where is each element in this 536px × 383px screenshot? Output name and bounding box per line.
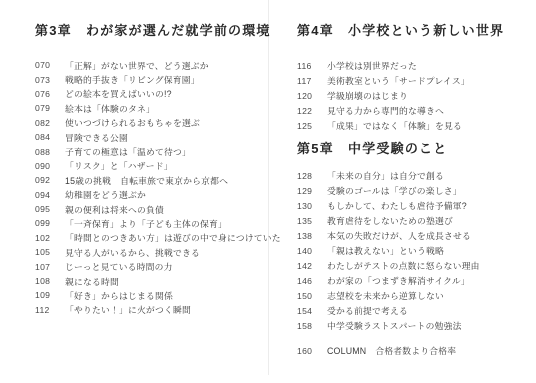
left-page: 第3章 わが家が選んだ就学前の環境 070 「正解」がない世界で、どう選ぶか 0… <box>35 24 261 317</box>
toc-entry: 109 「好き」からはじまる関係 <box>35 288 261 302</box>
toc-entry: 099 「一斉保育」より「子ども主体の保育」 <box>35 216 261 230</box>
toc-entry-title: 15歳の挑戦 自転車旅で東京から京都へ <box>65 174 228 187</box>
column-entry: 160 COLUMN 合格者数より合格率 <box>297 343 525 358</box>
toc-entry: 107 じーっと見ている時間の力 <box>35 259 261 273</box>
toc-entry-title: 「好き」からはじまる関係 <box>65 289 173 302</box>
toc-page-number: 073 <box>35 75 65 85</box>
toc-entry-title: 受験のゴールは「学びの楽しさ」 <box>327 184 462 197</box>
page-gutter-divider <box>268 0 269 375</box>
chapter5-heading: 第5章 中学受験のこと <box>297 142 525 156</box>
toc-entry: 094 幼稚園をどう選ぶか <box>35 188 261 202</box>
toc-entry: 135 教育虐待をしないための塾選び <box>297 213 525 228</box>
toc-page-number: 117 <box>297 76 327 86</box>
toc-page-number: 070 <box>35 60 65 70</box>
chapter3-entry-list: 070 「正解」がない世界で、どう選ぶか 073 戦略的手抜き「リビング保育園」… <box>35 58 261 317</box>
toc-entry-title: 絵本は「体験のタネ」 <box>65 102 155 115</box>
toc-entry-title: 美術教室という「サードプレイス」 <box>327 74 470 87</box>
toc-entry: 102 「時間とのつきあい方」は遊びの中で身につけていた <box>35 231 261 245</box>
toc-page-number: 128 <box>297 171 327 181</box>
toc-page-number: 090 <box>35 161 65 171</box>
toc-entry: 154 受かる前提で考える <box>297 303 525 318</box>
toc-entry-title: 見守る力から専門的な導きへ <box>327 104 444 117</box>
toc-entry-title: COLUMN 合格者数より合格率 <box>327 344 456 357</box>
toc-entry: 120 学級崩壊のはじまり <box>297 88 525 103</box>
toc-entry: 079 絵本は「体験のタネ」 <box>35 101 261 115</box>
toc-page-number: 105 <box>35 247 65 257</box>
toc-page-number: 150 <box>297 291 327 301</box>
toc-entry: 129 受験のゴールは「学びの楽しさ」 <box>297 183 525 198</box>
right-page: 第4章 小学校という新しい世界 116 小学校は別世界だった 117 美術教室と… <box>297 24 525 358</box>
toc-entry-title: 小学校は別世界だった <box>327 59 417 72</box>
toc-page-number: 108 <box>35 276 65 286</box>
toc-entry-title: もしかして、わたしも虐待予備軍? <box>327 199 467 212</box>
toc-entry: 073 戦略的手抜き「リビング保育園」 <box>35 72 261 86</box>
toc-entry-title: 「リスク」と「ハザード」 <box>65 159 173 172</box>
toc-page-number: 109 <box>35 290 65 300</box>
toc-entry: 105 見守る人がいるから、挑戦できる <box>35 245 261 259</box>
toc-entry-title: 冒険できる公園 <box>65 131 128 144</box>
toc-entry-title: 戦略的手抜き「リビング保育園」 <box>65 73 200 86</box>
toc-entry-title: 学級崩壊のはじまり <box>327 89 408 102</box>
toc-page-number: 158 <box>297 321 327 331</box>
toc-entry-title: 受かる前提で考える <box>327 304 408 317</box>
toc-entry-title: 「一斉保育」より「子ども主体の保育」 <box>65 217 227 230</box>
toc-entry-title: 志望校を未来から逆算しない <box>327 289 444 302</box>
toc-entry: 090 「リスク」と「ハザード」 <box>35 159 261 173</box>
toc-page-number: 095 <box>35 204 65 214</box>
toc-entry: 146 わが家の「つまずき解消サイクル」 <box>297 273 525 288</box>
toc-page-number: 094 <box>35 190 65 200</box>
chapter4-entry-list: 116 小学校は別世界だった 117 美術教室という「サードプレイス」 120 … <box>297 58 525 133</box>
toc-entry: 158 中学受験ラストスパートの勉強法 <box>297 318 525 333</box>
toc-entry: 125 「成果」ではなく「体験」を見る <box>297 118 525 133</box>
toc-entry: 117 美術教室という「サードプレイス」 <box>297 73 525 88</box>
toc-page-number: 129 <box>297 186 327 196</box>
toc-page-number: 122 <box>297 106 327 116</box>
toc-entry: 140 「親は教えない」という戦略 <box>297 243 525 258</box>
toc-entry-title: 見守る人がいるから、挑戦できる <box>65 246 200 259</box>
toc-page-number: 088 <box>35 147 65 157</box>
toc-entry-title: 親になる時間 <box>65 275 119 288</box>
toc-entry: 142 わたしがテストの点数に怒らない理由 <box>297 258 525 273</box>
toc-entry-title: 「成果」ではなく「体験」を見る <box>327 119 462 132</box>
toc-page-number: 154 <box>297 306 327 316</box>
toc-entry-title: 「やりたい！」に火がつく瞬間 <box>65 303 191 316</box>
toc-entry-title: 「時間とのつきあい方」は遊びの中で身につけていた <box>65 231 281 244</box>
toc-page-number: 079 <box>35 103 65 113</box>
toc-page-number: 135 <box>297 216 327 226</box>
toc-page-number: 116 <box>297 61 327 71</box>
toc-page-number: 076 <box>35 89 65 99</box>
toc-page-number: 092 <box>35 175 65 185</box>
toc-entry: 070 「正解」がない世界で、どう選ぶか <box>35 58 261 72</box>
toc-entry: 088 子育ての極意は「温めて待つ」 <box>35 144 261 158</box>
toc-page-number: 140 <box>297 246 327 256</box>
chapter3-heading: 第3章 わが家が選んだ就学前の環境 <box>35 24 261 38</box>
toc-page-number: 084 <box>35 132 65 142</box>
toc-entry-title: 「正解」がない世界で、どう選ぶか <box>65 59 209 72</box>
toc-page-number: 138 <box>297 231 327 241</box>
toc-entry-title: 教育虐待をしないための塾選び <box>327 214 453 227</box>
toc-entry-title: 幼稚園をどう選ぶか <box>65 188 146 201</box>
toc-page-number: 099 <box>35 218 65 228</box>
toc-entry: 138 本気の失敗だけが、人を成長させる <box>297 228 525 243</box>
toc-entry: 112 「やりたい！」に火がつく瞬間 <box>35 303 261 317</box>
toc-entry: 122 見守る力から専門的な導きへ <box>297 103 525 118</box>
toc-entry: 095 親の便利は将来への負債 <box>35 202 261 216</box>
toc-page-number: 107 <box>35 262 65 272</box>
toc-entry: 108 親になる時間 <box>35 274 261 288</box>
toc-entry: 082 使いつづけられるおもちゃを選ぶ <box>35 116 261 130</box>
toc-entry-title: どの絵本を買えばいいの!? <box>65 87 172 100</box>
toc-page-number: 125 <box>297 121 327 131</box>
toc-page-number: 130 <box>297 201 327 211</box>
chapter5-entry-list: 128 「未来の自分」は自分で創る 129 受験のゴールは「学びの楽しさ」 13… <box>297 168 525 333</box>
toc-entry-title: 親の便利は将来への負債 <box>65 203 164 216</box>
toc-entry: 084 冒険できる公園 <box>35 130 261 144</box>
toc-entry: 116 小学校は別世界だった <box>297 58 525 73</box>
toc-entry-title: 中学受験ラストスパートの勉強法 <box>327 319 462 332</box>
toc-page-number: 160 <box>297 346 327 356</box>
toc-page-number: 112 <box>35 305 65 315</box>
toc-page-number: 102 <box>35 233 65 243</box>
toc-entry: 150 志望校を未来から逆算しない <box>297 288 525 303</box>
toc-entry-title: わが家の「つまずき解消サイクル」 <box>327 274 470 287</box>
chapter4-heading: 第4章 小学校という新しい世界 <box>297 24 525 38</box>
toc-entry-title: わたしがテストの点数に怒らない理由 <box>327 259 480 272</box>
toc-page-number: 120 <box>297 91 327 101</box>
toc-entry-title: 使いつづけられるおもちゃを選ぶ <box>65 116 200 129</box>
toc-entry: 130 もしかして、わたしも虐待予備軍? <box>297 198 525 213</box>
toc-entry-title: じーっと見ている時間の力 <box>65 260 173 273</box>
toc-page-number: 082 <box>35 118 65 128</box>
toc-page-number: 146 <box>297 276 327 286</box>
toc-entry: 076 どの絵本を買えばいいの!? <box>35 87 261 101</box>
toc-entry-title: 「親は教えない」という戦略 <box>327 244 444 257</box>
toc-entry: 092 15歳の挑戦 自転車旅で東京から京都へ <box>35 173 261 187</box>
toc-page-number: 142 <box>297 261 327 271</box>
book-spread: 第3章 わが家が選んだ就学前の環境 070 「正解」がない世界で、どう選ぶか 0… <box>0 0 536 383</box>
toc-entry-title: 本気の失敗だけが、人を成長させる <box>327 229 471 242</box>
toc-entry-title: 子育ての極意は「温めて待つ」 <box>65 145 191 158</box>
toc-entry-title: 「未来の自分」は自分で創る <box>327 169 444 182</box>
toc-entry: 128 「未来の自分」は自分で創る <box>297 168 525 183</box>
